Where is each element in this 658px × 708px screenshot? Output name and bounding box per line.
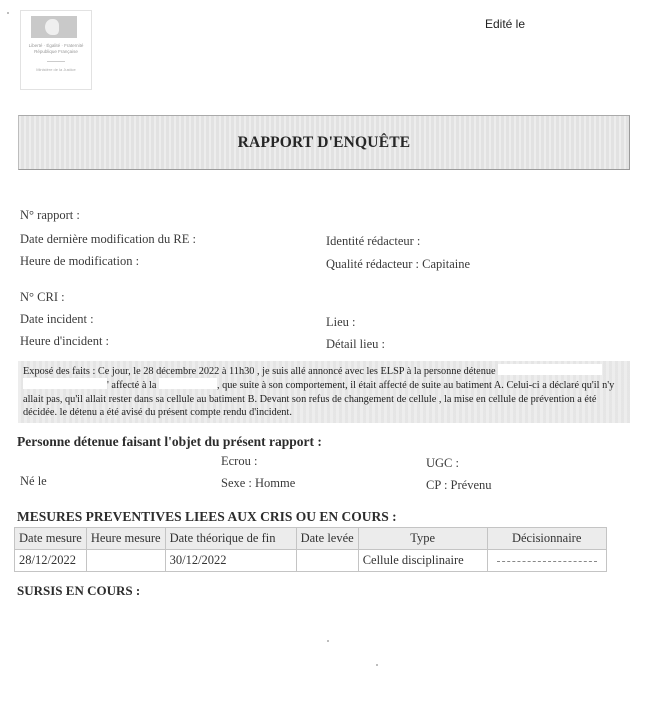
detainee-sex: Sexe : Homme: [221, 476, 295, 491]
table-header-row: Date mesure Heure mesure Date théorique …: [15, 528, 607, 550]
measures-table: Date mesure Heure mesure Date théorique …: [14, 527, 607, 572]
incident-date: Date incident :: [20, 312, 94, 327]
modification-time: Heure de modification :: [20, 254, 139, 269]
table-cell: [296, 550, 358, 572]
table-cell: Cellule disciplinaire: [358, 550, 487, 572]
redacted-name: [498, 364, 602, 375]
incident-location: Lieu :: [326, 315, 356, 330]
writer-rank: Qualité rédacteur : Capitaine: [326, 257, 470, 272]
table-row: 28/12/2022 30/12/2022 Cellule disciplina…: [15, 550, 607, 572]
column-header: Date théorique de fin: [165, 528, 296, 550]
writer-identity: Identité rédacteur :: [326, 234, 420, 249]
incident-location-detail: Détail lieu :: [326, 337, 385, 352]
marianne-icon: [31, 16, 77, 38]
column-header: Date mesure: [15, 528, 87, 550]
logo-divider: [47, 61, 65, 62]
logo-ministry: Ministère de la Justice: [23, 67, 89, 72]
table-cell: [86, 550, 165, 572]
facts-statement-box: Exposé des faits : Ce jour, le 28 décemb…: [18, 361, 630, 423]
last-modification-date: Date dernière modification du RE :: [20, 232, 196, 247]
scan-speck: [376, 664, 378, 666]
column-header: Heure mesure: [86, 528, 165, 550]
logo-motto: Liberté · Égalité · FraternitéRépublique…: [25, 43, 87, 55]
column-header: Date levée: [296, 528, 358, 550]
redacted-unit: [159, 378, 217, 389]
scan-speck: [327, 640, 329, 642]
redacted-name: [23, 378, 107, 389]
detainee-status: CP : Prévenu: [426, 478, 492, 493]
scan-speck: [7, 12, 9, 14]
page-title: RAPPORT D'ENQUÊTE: [238, 134, 411, 152]
detainee-ugc: UGC :: [426, 456, 459, 471]
column-header: Décisionnaire: [487, 528, 606, 550]
facts-statement: Exposé des faits : Ce jour, le 28 décemb…: [23, 364, 627, 420]
detainee-ecrou: Ecrou :: [221, 454, 257, 469]
report-number: N° rapport :: [20, 208, 80, 223]
cri-number: N° CRI :: [20, 290, 65, 305]
measures-section-heading: MESURES PREVENTIVES LIEES AUX CRIS OU EN…: [17, 509, 397, 525]
incident-time: Heure d'incident :: [20, 334, 109, 349]
detainee-birthdate: Né le: [20, 474, 47, 489]
republique-francaise-logo: Liberté · Égalité · FraternitéRépublique…: [20, 10, 92, 90]
column-header: Type: [358, 528, 487, 550]
table-cell: 28/12/2022: [15, 550, 87, 572]
redacted-decision-maker: [487, 550, 606, 572]
title-band: RAPPORT D'ENQUÊTE: [18, 115, 630, 170]
table-cell: 30/12/2022: [165, 550, 296, 572]
suspended-sentences-heading: SURSIS EN COURS :: [17, 583, 140, 599]
edited-date-label: Edité le: [485, 17, 525, 31]
detainee-section-heading: Personne détenue faisant l'objet du prés…: [17, 434, 322, 450]
